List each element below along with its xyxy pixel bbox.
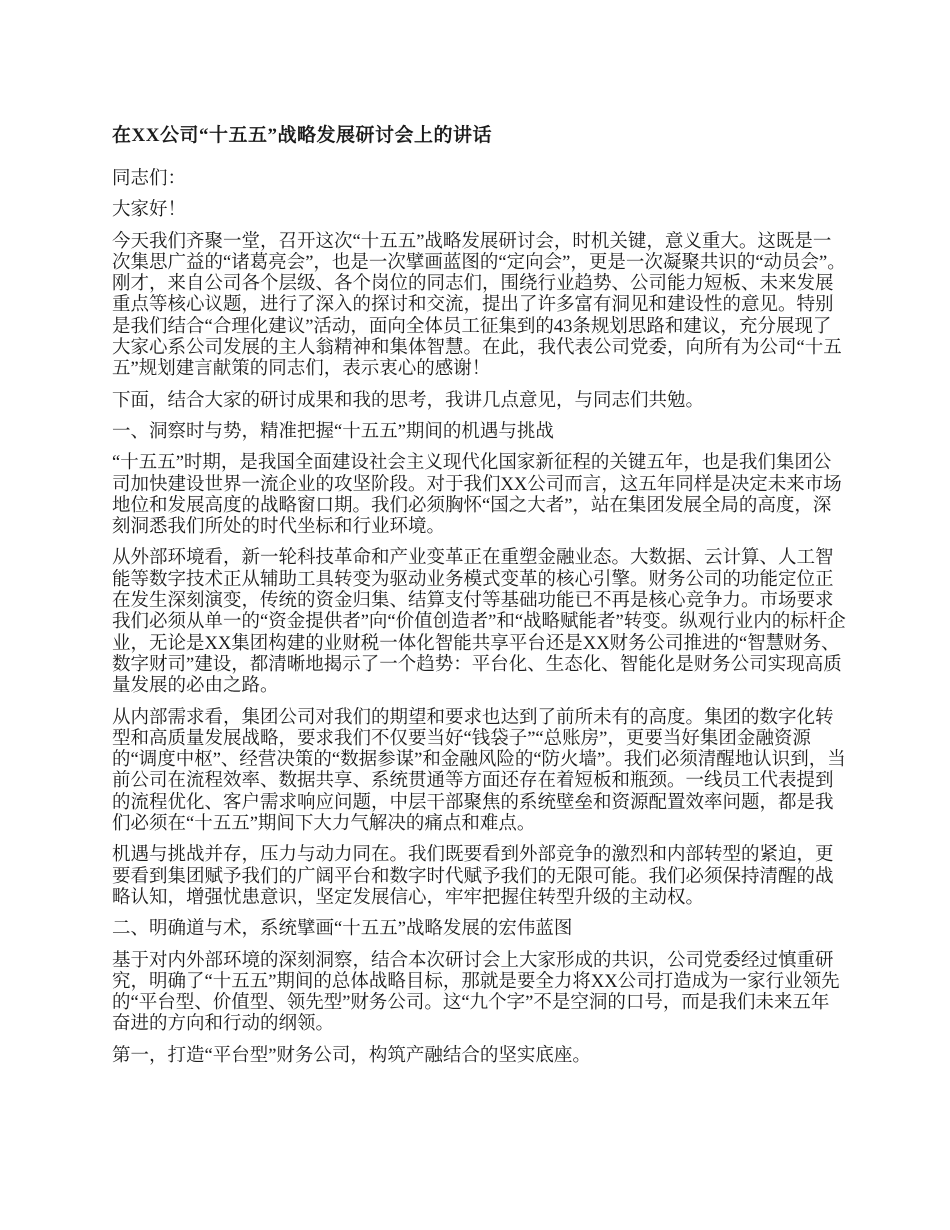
- paragraph-opportunities-challenges: 机遇与挑战并存，压力与动力同在。我们既要看到外部竞争的激烈和内部转型的紧迫，更要…: [112, 845, 847, 909]
- paragraph-period-overview: “十五五”时期，是我国全面建设社会主义现代化国家新征程的关键五年，也是我们集团公…: [112, 453, 847, 538]
- section-heading-1: 一、洞察时与势，精准把握“十五五”期间的机遇与挑战: [112, 422, 847, 443]
- paragraph-external-environment: 从外部环境看，新一轮科技革命和产业变革正在重塑金融业态。大数据、云计算、人工智能…: [112, 548, 847, 697]
- document-page: 在XX公司“十五五”战略发展研讨会上的讲话 同志们： 大家好！ 今天我们齐聚一堂…: [0, 0, 950, 1230]
- greeting-line: 大家好！: [112, 200, 847, 221]
- paragraph-strategic-goal: 基于对内外部环境的深刻洞察，结合本次研讨会上大家形成的共识，公司党委经过慎重研究…: [112, 951, 847, 1036]
- salutation-line: 同志们：: [112, 169, 847, 190]
- paragraph-point-one: 第一，打造“平台型”财务公司，构筑产融结合的坚实底座。: [112, 1046, 847, 1067]
- section-heading-2: 二、明确道与术，系统擘画“十五五”战略发展的宏伟蓝图: [112, 919, 847, 940]
- paragraph-transition: 下面，结合大家的研讨成果和我的思考，我讲几点意见，与同志们共勉。: [112, 391, 847, 412]
- paragraph-opening: 今天我们齐聚一堂，召开这次“十五五”战略发展研讨会，时机关键，意义重大。这既是一…: [112, 232, 847, 381]
- document-title: 在XX公司“十五五”战略发展研讨会上的讲话: [112, 124, 847, 147]
- paragraph-internal-demand: 从内部需求看，集团公司对我们的期望和要求也达到了前所未有的高度。集团的数字化转型…: [112, 708, 847, 836]
